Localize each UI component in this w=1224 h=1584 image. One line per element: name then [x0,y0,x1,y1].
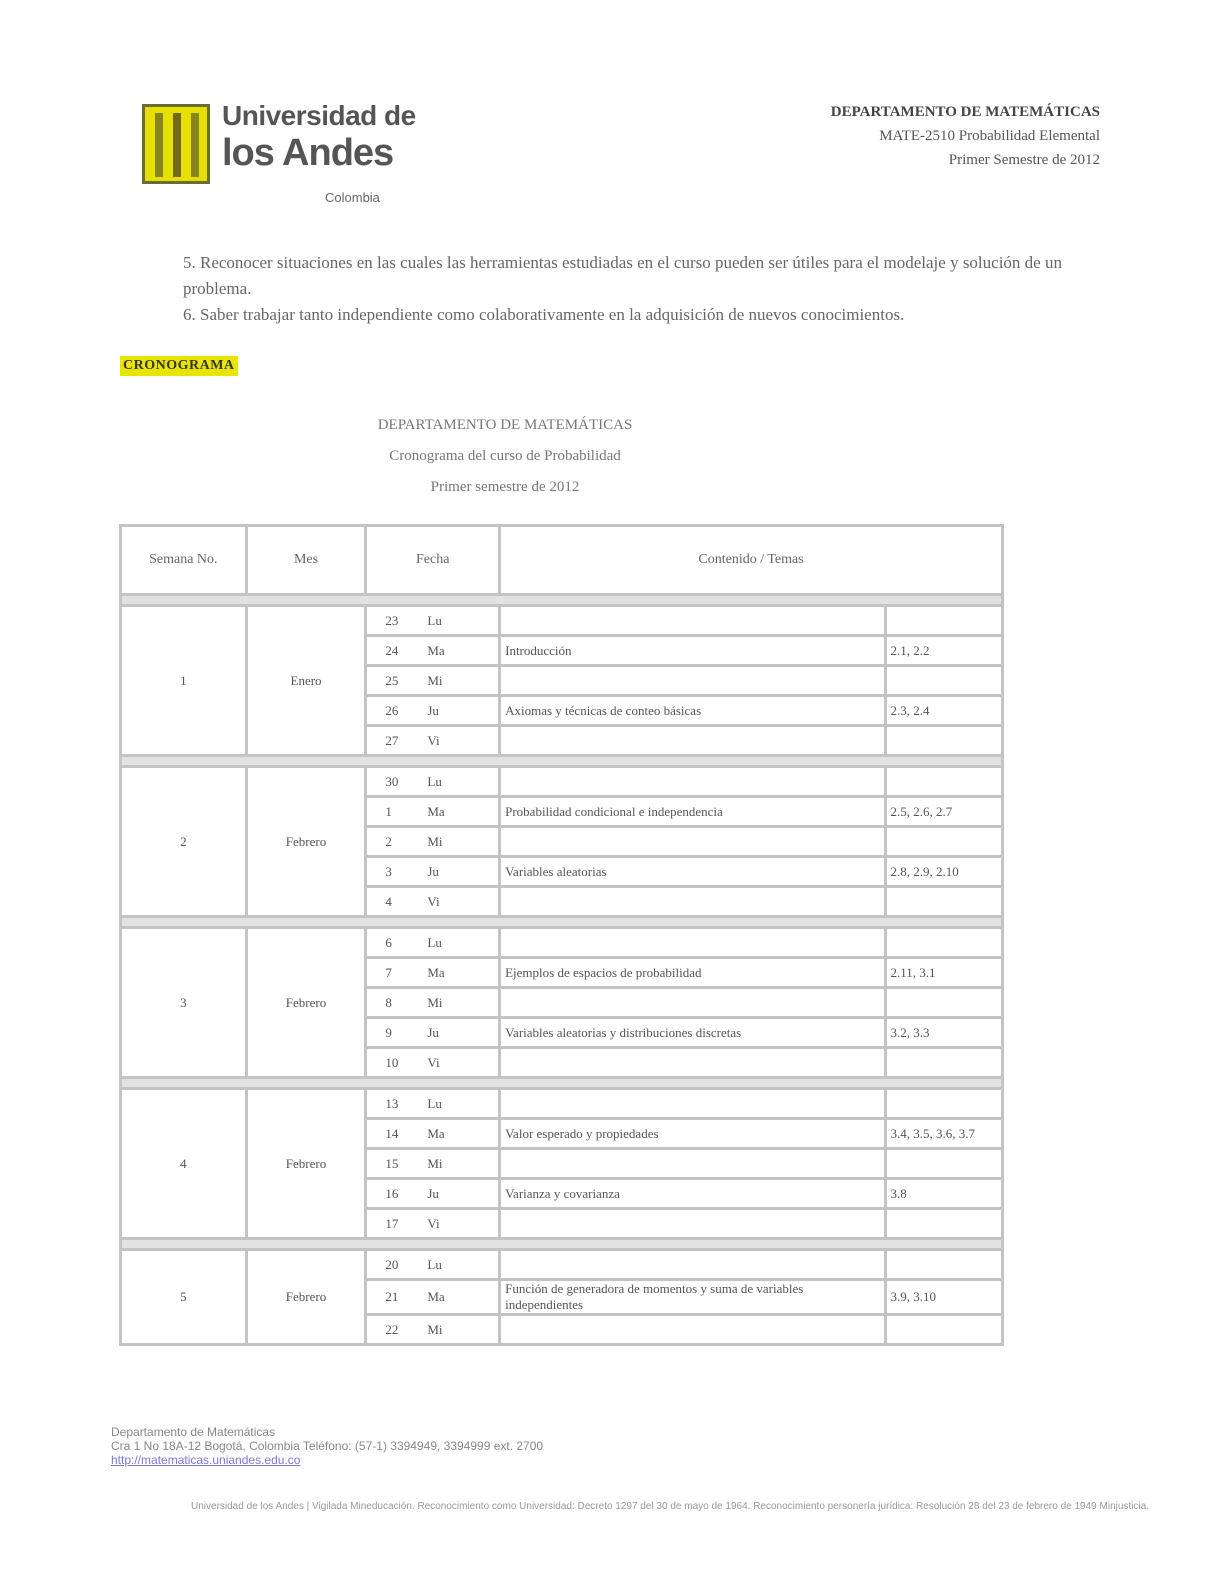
header-month: Mes [246,526,366,595]
topic-cell: Variables aleatorias [500,857,885,887]
section-label: CRONOGRAMA [120,356,238,376]
topic-cell [500,1250,885,1280]
shield-icon [142,104,210,184]
week-separator [121,756,1003,767]
objective-item: 5. Reconocer situaciones en las cuales l… [183,250,1133,302]
table-row: 2Febrero30Lu [121,767,1003,797]
topic-cell [500,887,885,917]
topic-cell: Ejemplos de espacios de probabilidad [500,958,885,988]
header-topic: Contenido / Temas [500,526,1003,595]
table-row: 4Febrero13Lu [121,1089,1003,1119]
section-cell [885,887,1003,917]
table-row: 3Febrero6Lu [121,928,1003,958]
section-cell [885,1089,1003,1119]
week-number: 2 [121,767,247,917]
topic-cell [500,1089,885,1119]
week-month: Febrero [246,1250,366,1345]
topic-cell: Valor esperado y propiedades [500,1119,885,1149]
footer-legal: Universidad de los Andes | Vigilada Mine… [165,1500,1175,1513]
topic-cell: Axiomas y técnicas de conteo básicas [500,696,885,726]
date-cell: 25Mi [366,666,500,696]
table-row: 5Febrero20Lu [121,1250,1003,1280]
date-cell: 16Ju [366,1179,500,1209]
date-cell: 13Lu [366,1089,500,1119]
date-cell: 30Lu [366,767,500,797]
topic-cell [500,666,885,696]
section-cell [885,988,1003,1018]
section-cell [885,726,1003,756]
date-cell: 1Ma [366,797,500,827]
date-cell: 3Ju [366,857,500,887]
section-cell [885,606,1003,636]
logo-country: Colombia [325,190,380,205]
topic-cell [500,1315,885,1345]
date-cell: 27Vi [366,726,500,756]
week-month: Febrero [246,928,366,1078]
section-cell: 3.4, 3.5, 3.6, 3.7 [885,1119,1003,1149]
section-cell [885,928,1003,958]
department-name: DEPARTAMENTO DE MATEMÁTICAS [831,100,1100,124]
section-cell: 3.2, 3.3 [885,1018,1003,1048]
date-cell: 26Ju [366,696,500,726]
topic-cell [500,1209,885,1239]
section-cell: 2.1, 2.2 [885,636,1003,666]
header-date: Fecha [366,526,500,595]
department-header: DEPARTAMENTO DE MATEMÁTICAS MATE-2510 Pr… [831,100,1100,172]
topic-cell: Función de generadora de momentos y suma… [500,1280,885,1315]
section-cell [885,767,1003,797]
university-logo: Universidad de los Andes Colombia [140,100,420,210]
date-cell: 23Lu [366,606,500,636]
section-cell: 2.8, 2.9, 2.10 [885,857,1003,887]
week-separator [121,1078,1003,1089]
week-number: 4 [121,1089,247,1239]
topic-cell [500,606,885,636]
section-cell: 2.5, 2.6, 2.7 [885,797,1003,827]
section-cell: 2.11, 3.1 [885,958,1003,988]
date-cell: 22Mi [366,1315,500,1345]
week-number: 1 [121,606,247,756]
table-header-row: Semana No. Mes Fecha Contenido / Temas [121,526,1003,595]
topic-cell [500,1149,885,1179]
section-cell: 2.3, 2.4 [885,696,1003,726]
week-separator [121,1239,1003,1250]
section-cell [885,1149,1003,1179]
topic-cell: Introducción [500,636,885,666]
course-name: MATE-2510 Probabilidad Elemental [831,124,1100,148]
objectives-list: 5. Reconocer situaciones en las cuales l… [183,250,1133,328]
week-number: 5 [121,1250,247,1345]
date-cell: 9Ju [366,1018,500,1048]
date-cell: 20Lu [366,1250,500,1280]
week-month: Febrero [246,767,366,917]
section-cell [885,1250,1003,1280]
date-cell: 17Vi [366,1209,500,1239]
table-caption: DEPARTAMENTO DE MATEMÁTICAS Cronograma d… [300,410,710,503]
section-cell: 3.9, 3.10 [885,1280,1003,1315]
topic-cell [500,767,885,797]
logo-wordmark: Universidad de los Andes [222,102,416,172]
footer-link[interactable]: http://matematicas.uniandes.edu.co [111,1453,300,1467]
date-cell: 10Vi [366,1048,500,1078]
week-number: 3 [121,928,247,1078]
objective-item: 6. Saber trabajar tanto independiente co… [183,302,1133,328]
topic-cell [500,988,885,1018]
week-separator [121,917,1003,928]
date-cell: 4Vi [366,887,500,917]
schedule-table: Semana No. Mes Fecha Contenido / Temas 1… [119,524,1004,1346]
week-separator [121,595,1003,606]
week-month: Enero [246,606,366,756]
topic-cell [500,726,885,756]
topic-cell [500,928,885,958]
footer-contact: Departamento de Matemáticas Cra 1 No 18A… [111,1425,543,1467]
semester: Primer Semestre de 2012 [831,148,1100,172]
date-cell: 21Ma [366,1280,500,1315]
date-cell: 8Mi [366,988,500,1018]
topic-cell [500,1048,885,1078]
section-cell [885,1048,1003,1078]
topic-cell: Variables aleatorias y distribuciones di… [500,1018,885,1048]
section-cell [885,666,1003,696]
section-cell: 3.8 [885,1179,1003,1209]
date-cell: 14Ma [366,1119,500,1149]
table-row: 1Enero23Lu [121,606,1003,636]
section-cell [885,827,1003,857]
week-month: Febrero [246,1089,366,1239]
section-cell [885,1209,1003,1239]
section-cell [885,1315,1003,1345]
date-cell: 24Ma [366,636,500,666]
date-cell: 7Ma [366,958,500,988]
header-week: Semana No. [121,526,247,595]
date-cell: 2Mi [366,827,500,857]
topic-cell: Varianza y covarianza [500,1179,885,1209]
topic-cell [500,827,885,857]
date-cell: 6Lu [366,928,500,958]
topic-cell: Probabilidad condicional e independencia [500,797,885,827]
date-cell: 15Mi [366,1149,500,1179]
